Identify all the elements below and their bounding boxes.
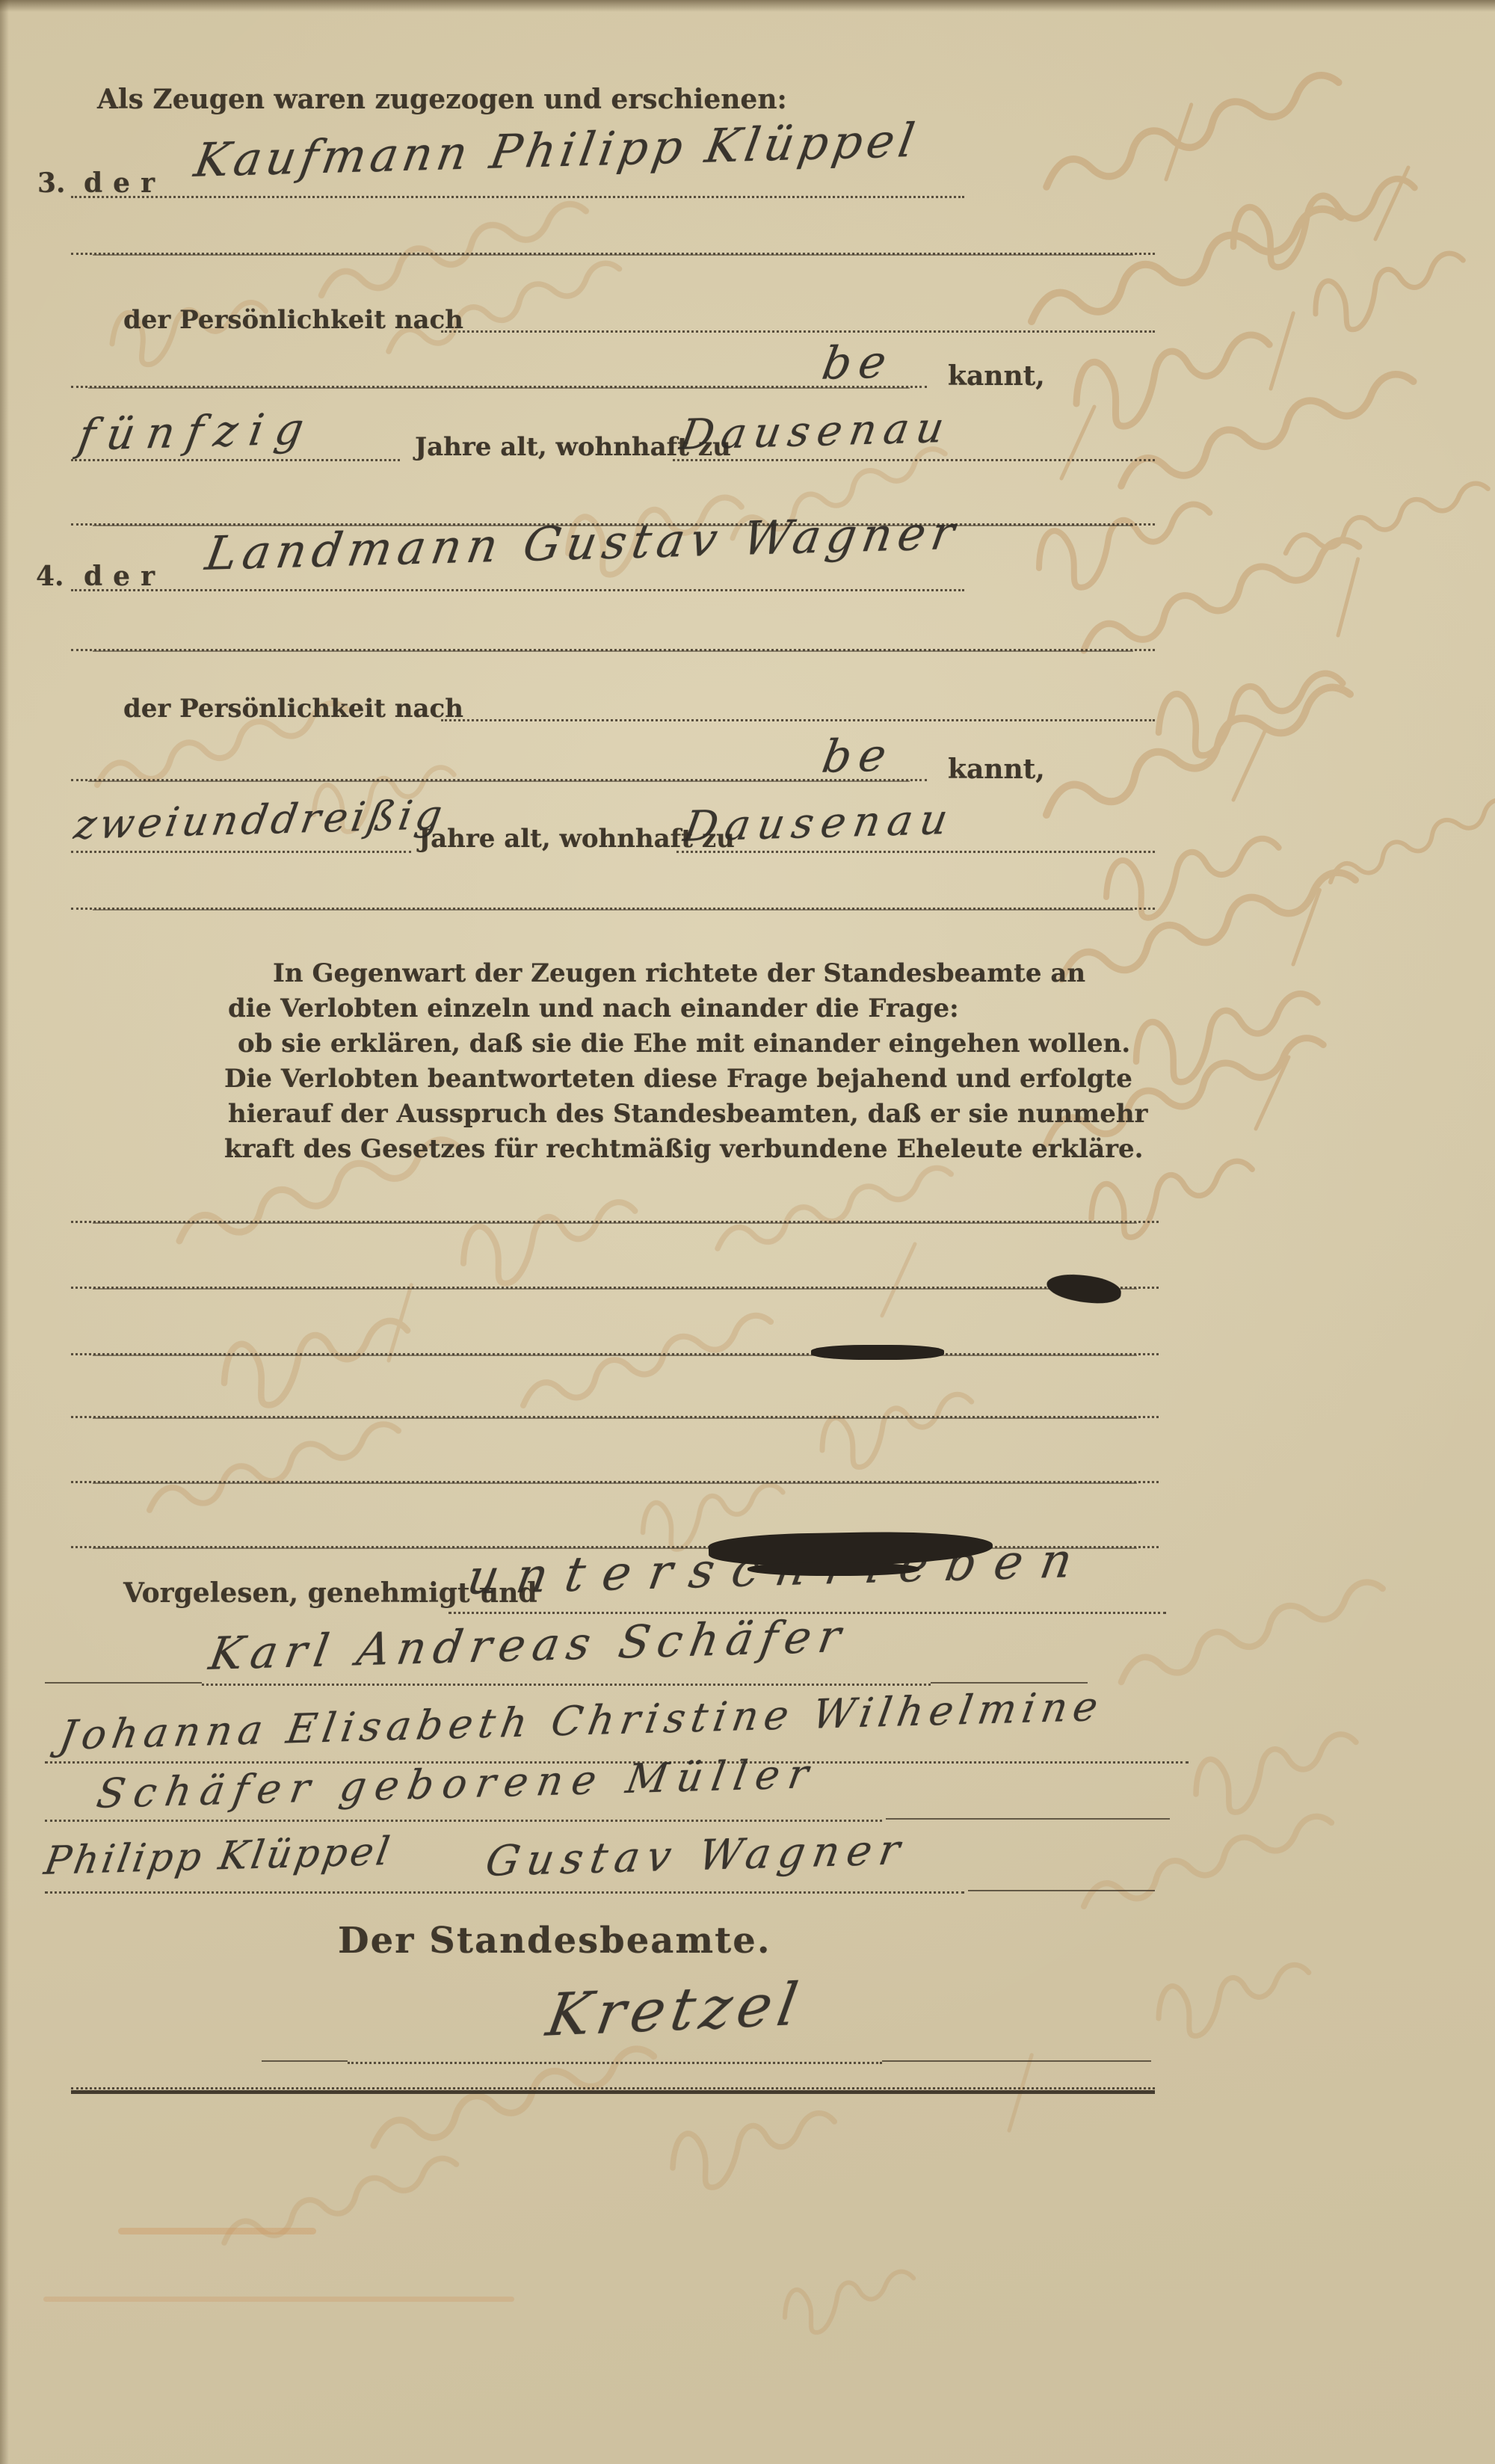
declaration-line: hierauf der Ausspruch des Standesbeamten…	[228, 1099, 1147, 1129]
blank-rule	[71, 1221, 1159, 1223]
registrar-signature: Kretzel	[542, 1971, 808, 2050]
witness4-residence-handwriting: Dausenau	[680, 795, 958, 851]
witness3-article: der	[84, 167, 165, 199]
dotted-rule	[71, 649, 1155, 651]
signature-rule	[968, 1890, 1155, 1891]
blank-rule	[71, 1481, 1159, 1483]
registrar-rule	[262, 2060, 348, 2062]
witness3-identity-label: der Persönlichkeit nach	[123, 305, 463, 335]
witness3-kannt-label: kannt,	[948, 360, 1045, 392]
dotted-rule	[71, 779, 927, 781]
ink-smudge	[811, 1345, 944, 1360]
dotted-rule	[71, 386, 927, 388]
declaration-line: ob sie erklären, daß sie die Ehe mit ein…	[238, 1029, 1130, 1059]
dotted-rule	[673, 459, 1155, 461]
dotted-rule	[71, 589, 964, 591]
declaration-line: die Verlobten einzeln und nach einander …	[228, 994, 959, 1023]
witness4-article: der	[84, 561, 165, 592]
witnesses-intro: Als Zeugen waren zugezogen und erschiene…	[97, 84, 787, 115]
witness3-residence-handwriting: Dausenau	[676, 404, 955, 460]
declaration-line: In Gegenwart der Zeugen richtete der Sta…	[273, 958, 1085, 988]
witness4-bekannt-handwriting: be	[819, 729, 898, 783]
signature-rule	[45, 1820, 882, 1822]
dotted-rule	[676, 851, 1155, 853]
registrar-label: Der Standesbeamte.	[338, 1920, 771, 1962]
civil-register-page: Als Zeugen waren zugezogen und erschiene…	[0, 0, 1495, 2464]
registrar-rule	[348, 2062, 882, 2064]
closing-heavy-rule	[71, 2090, 1155, 2094]
faded-ink-smear	[118, 2228, 316, 2234]
blank-rule	[71, 1353, 1159, 1355]
dotted-rule	[71, 253, 1155, 255]
witness4-number: 4.	[36, 561, 64, 592]
faded-ink-smear	[43, 2297, 514, 2302]
signature-rule	[45, 1682, 202, 1684]
witness4-kannt-label: kannt,	[948, 754, 1045, 785]
dotted-rule	[71, 459, 400, 461]
dotted-rule	[441, 719, 1155, 721]
declaration-line: kraft des Gesetzes für rechtmäßig verbun…	[224, 1134, 1144, 1164]
witness4-identity-label: der Persönlichkeit nach	[123, 694, 463, 724]
dotted-rule	[441, 330, 1155, 333]
registrar-rule	[882, 2060, 1151, 2062]
declaration-line: Die Verlobten beantworteten diese Frage …	[224, 1064, 1132, 1094]
signature-rule	[202, 1684, 931, 1686]
blank-rule	[71, 1416, 1159, 1418]
witness3-bekannt-handwriting: be	[819, 336, 898, 390]
signature-rule	[886, 1818, 1170, 1820]
witness3-number: 3.	[37, 167, 66, 199]
signature-rule	[45, 1891, 964, 1894]
blank-rule	[71, 1287, 1159, 1289]
bleedthrough-writing	[0, 0, 1495, 2464]
ink-smudge	[747, 1562, 919, 1576]
dotted-rule	[71, 908, 1155, 910]
dotted-rule	[71, 196, 964, 198]
dotted-rule	[71, 851, 411, 853]
witness3-age-handwriting: fünfzig	[75, 403, 319, 461]
